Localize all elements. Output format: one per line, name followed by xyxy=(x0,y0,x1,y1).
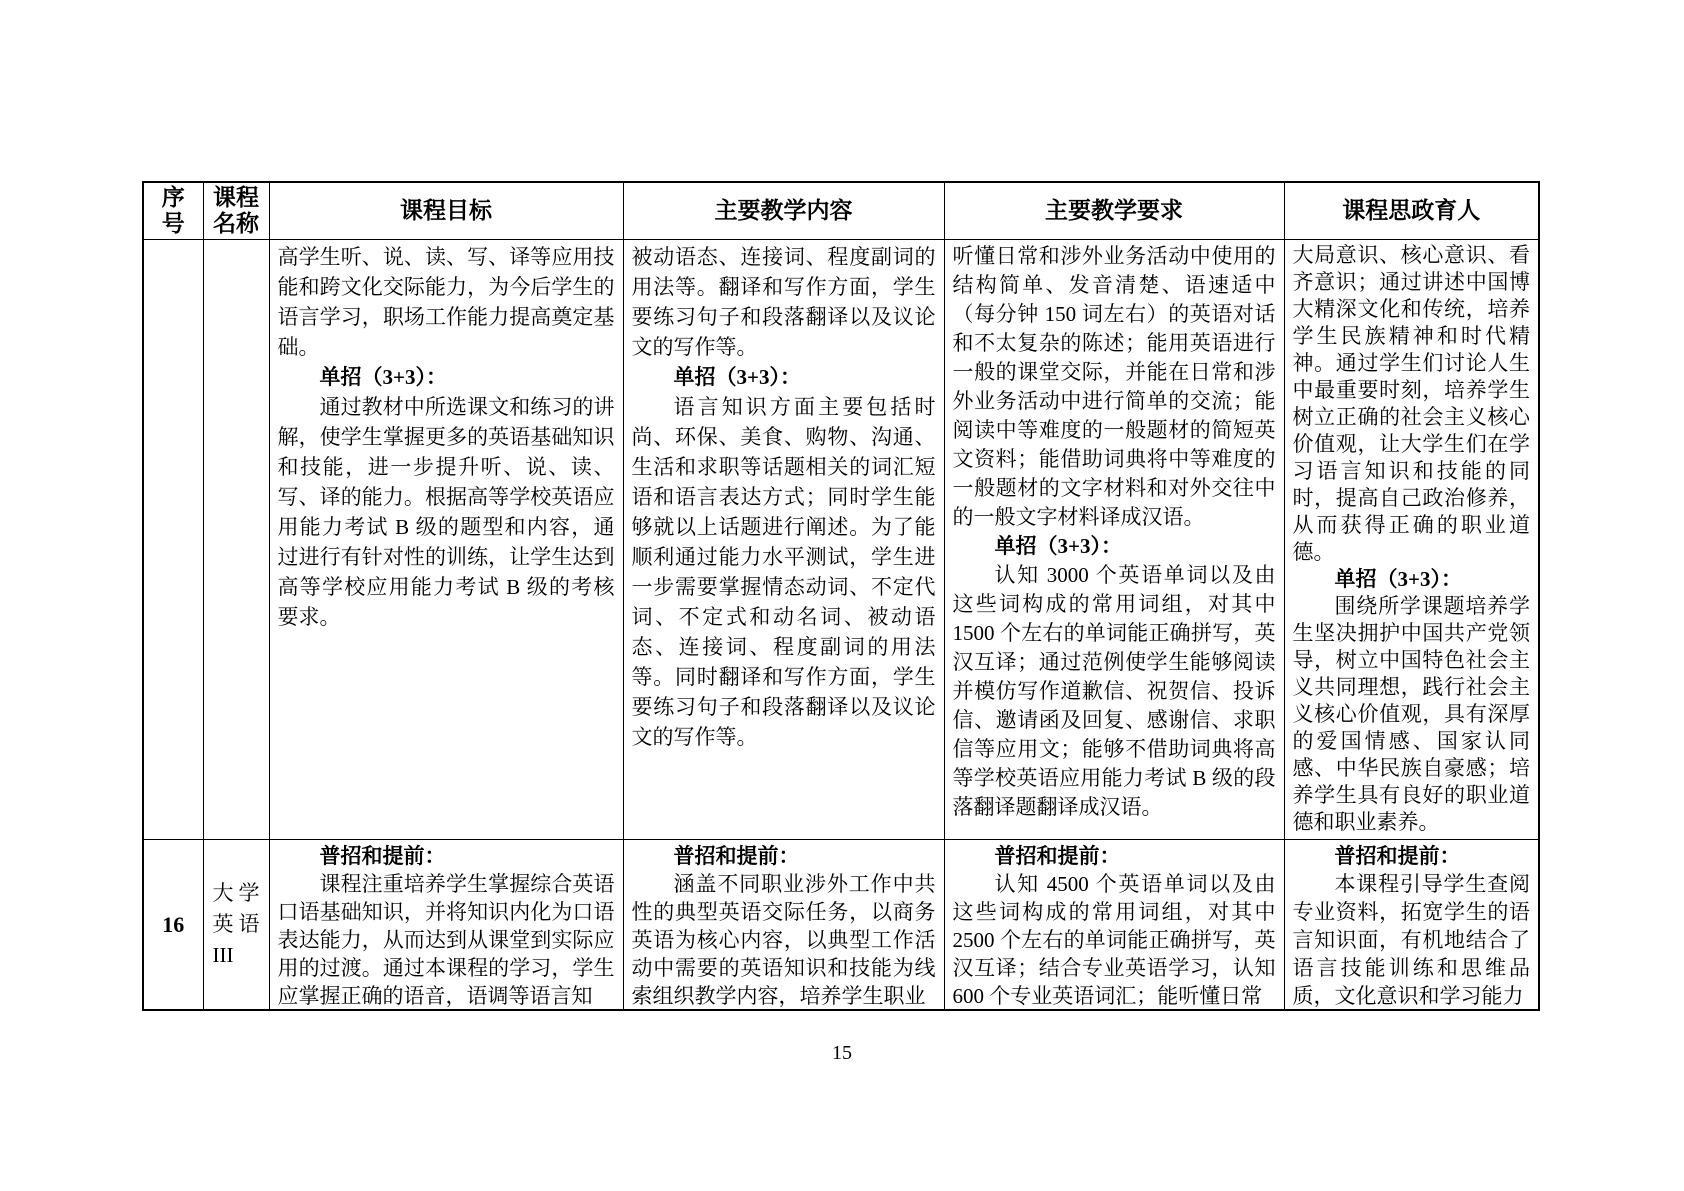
cell-teaching-content-16: 普招和提前： 涵盖不同职业涉外工作中共性的典型英语交际任务，以商务英语为核心内容… xyxy=(623,840,944,1010)
header-teaching-requirements: 主要教学要求 xyxy=(944,182,1284,240)
requirements-paragraph-continued: 听懂日常和涉外业务活动中使用的结构简单、发音清楚、语速适中（每分钟 150 词左… xyxy=(953,242,1276,532)
cell-seq-empty xyxy=(143,240,203,840)
document-page: 序 号 课程 名称 课程目标 主要教学内容 主要教学要求 课程思政育人 高学生听… xyxy=(0,0,1684,1191)
cell-name-empty xyxy=(203,240,269,840)
requirements-paragraph: 认知 3000 个英语单词以及由这些词构成的常用词组，对其中 1500 个左右的… xyxy=(953,561,1276,822)
cell-course-name-16: 大学英语III xyxy=(203,840,269,1010)
requirements-paragraph-16: 认知 4500 个英语单词以及由这些词构成的常用词组，对其中 2500 个左右的… xyxy=(953,870,1276,1007)
header-seq: 序 号 xyxy=(143,182,203,240)
cell-teaching-requirements: 听懂日常和涉外业务活动中使用的结构简单、发音清楚、语速适中（每分钟 150 词左… xyxy=(944,240,1284,840)
cell-ideology: 大局意识、核心意识、看齐意识；通过讲述中国博大精深文化和传统，培养学生民族精神和… xyxy=(1284,240,1539,840)
content-paragraph: 语言知识方面主要包括时尚、环保、美食、购物、沟通、生活和求职等话题相关的词汇短语… xyxy=(632,392,936,752)
cell-objectives-16: 普招和提前： 课程注重培养学生掌握综合英语口语基础知识，并将知识内化为口语表达能… xyxy=(269,840,623,1010)
cell-teaching-requirements-16: 普招和提前： 认知 4500 个英语单词以及由这些词构成的常用词组，对其中 25… xyxy=(944,840,1284,1010)
header-teaching-content: 主要教学内容 xyxy=(623,182,944,240)
table-row-16: 16 大学英语III 普招和提前： 课程注重培养学生掌握综合英语口语基础知识，并… xyxy=(143,840,1539,1010)
ideology-paragraph: 围绕所学课题培养学生坚决拥护中国共产党领导，树立中国特色社会主义共同理想，践行社… xyxy=(1293,593,1531,834)
table-row-continuation: 高学生听、说、读、写、译等应用技能和跨文化交际能力，为今后学生的语言学习，职场工… xyxy=(143,240,1539,840)
content-section-heading: 单招（3+3）： xyxy=(632,362,936,392)
objectives-paragraph: 通过教材中所选课文和练习的讲解，使学生掌握更多的英语基础知识和技能，进一步提升听… xyxy=(278,392,615,632)
cell-objectives: 高学生听、说、读、写、译等应用技能和跨文化交际能力，为今后学生的语言学习，职场工… xyxy=(269,240,623,840)
requirements-section-heading-16: 普招和提前： xyxy=(953,842,1276,870)
header-objectives: 课程目标 xyxy=(269,182,623,240)
content-paragraph-continued: 被动语态、连接词、程度副词的用法等。翻译和写作方面，学生要练习句子和段落翻译以及… xyxy=(632,242,936,362)
header-ideology: 课程思政育人 xyxy=(1284,182,1539,240)
ideology-section-heading: 单招（3+3）： xyxy=(1293,566,1531,593)
header-course-name: 课程 名称 xyxy=(203,182,269,240)
table-header-row: 序 号 课程 名称 课程目标 主要教学内容 主要教学要求 课程思政育人 xyxy=(143,182,1539,240)
content-paragraph-16: 涵盖不同职业涉外工作中共性的典型英语交际任务，以商务英语为核心内容，以典型工作活… xyxy=(632,870,936,1007)
objectives-section-heading-16: 普招和提前： xyxy=(278,842,615,870)
ideology-paragraph-16: 本课程引导学生查阅专业资料，拓宽学生的语言知识面，有机地结合了语言技能训练和思维… xyxy=(1293,870,1531,1007)
cell-seq-16: 16 xyxy=(143,840,203,1010)
objectives-paragraph-16: 课程注重培养学生掌握综合英语口语基础知识，并将知识内化为口语表达能力，从而达到从… xyxy=(278,870,615,1007)
page-number: 15 xyxy=(0,1042,1684,1065)
ideology-section-heading-16: 普招和提前： xyxy=(1293,842,1531,870)
course-table: 序 号 课程 名称 课程目标 主要教学内容 主要教学要求 课程思政育人 高学生听… xyxy=(142,181,1540,1011)
objectives-paragraph-continued: 高学生听、说、读、写、译等应用技能和跨文化交际能力，为今后学生的语言学习，职场工… xyxy=(278,242,615,362)
cell-teaching-content: 被动语态、连接词、程度副词的用法等。翻译和写作方面，学生要练习句子和段落翻译以及… xyxy=(623,240,944,840)
content-section-heading-16: 普招和提前： xyxy=(632,842,936,870)
ideology-paragraph-continued: 大局意识、核心意识、看齐意识；通过讲述中国博大精深文化和传统，培养学生民族精神和… xyxy=(1293,242,1531,566)
objectives-section-heading: 单招（3+3）： xyxy=(278,362,615,392)
cell-ideology-16: 普招和提前： 本课程引导学生查阅专业资料，拓宽学生的语言知识面，有机地结合了语言… xyxy=(1284,840,1539,1010)
requirements-section-heading: 单招（3+3）： xyxy=(953,532,1276,561)
